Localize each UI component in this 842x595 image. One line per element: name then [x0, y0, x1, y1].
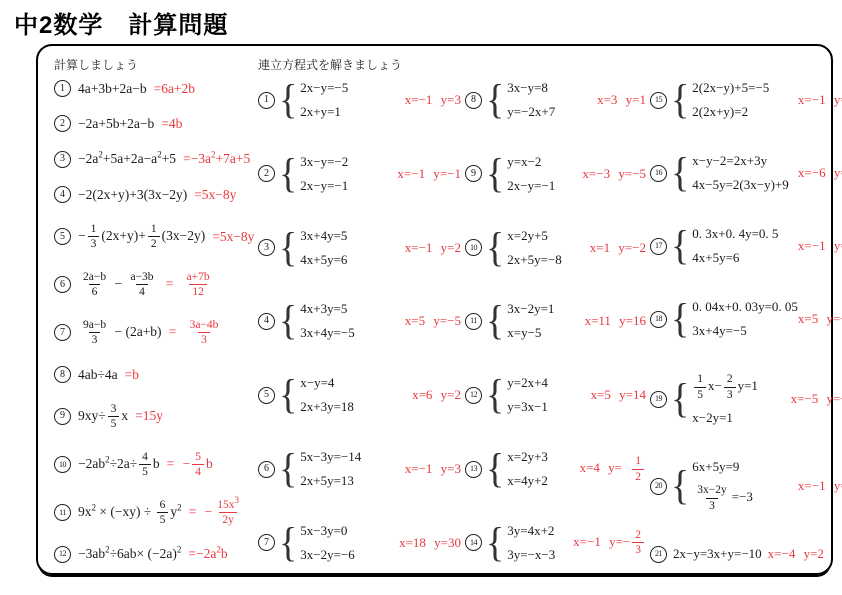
- system-problem: 6 { 5x−3y=−14 2x+5y=13 x=−1 y=3: [258, 449, 465, 489]
- simultaneous-columns: 1 { 2x−y=−5 2x+y=1 x=−1 y=3 2 { 3x−y=−2 …: [258, 80, 823, 563]
- equation-2: 2(2x+y)=2: [692, 104, 769, 120]
- system-problem: 7 { 5x−3y=0 3x−2y=−6 x=18 y=30: [258, 523, 465, 563]
- equation-1: 3y=4x+2: [507, 523, 555, 539]
- system-problem: 1 { 2x−y=−5 2x+y=1 x=−1 y=3: [258, 80, 465, 120]
- system-problem: 16 { x−y−2=2x+3y 4x−5y=2(3x−y)+9 x=−6 y=…: [650, 153, 842, 193]
- equation-pair: 0. 04x+0. 03y=0. 05 3x+4y=−5: [692, 299, 798, 339]
- expression: −3ab2÷6ab× (−2a)2: [78, 546, 181, 562]
- equation-pair: 3x+4y=5 4x+5y=6: [300, 228, 347, 268]
- simultaneous-section: 連立方程式を解きましょう 1 { 2x−y=−5 2x+y=1 x=−1 y=3…: [258, 56, 823, 563]
- problem-number: 9: [54, 408, 71, 425]
- problem-number: 20: [650, 478, 667, 495]
- inline-problem: 21 2x−y=3x+y=−10 x=−4 y=2: [650, 546, 842, 563]
- equation-pair: 3x−y=−2 2x−y=−1: [300, 154, 348, 194]
- equation-2: y=−2x+7: [507, 104, 555, 120]
- answer: x=3 y=1: [597, 92, 650, 108]
- expression: 4ab÷4a: [78, 367, 118, 383]
- answer: =4b: [161, 116, 182, 132]
- calc-problem: 2 −2a+5b+2a−b =4b: [54, 115, 266, 132]
- answer: = −15x32y: [189, 498, 244, 528]
- problem-number: 21: [650, 546, 667, 563]
- fraction: 3x−2y3: [694, 483, 730, 513]
- worksheet-border: 計算しましょう 1 4a+3b+2a−b =6a+2b 2 −2a+5b+2a−…: [36, 44, 833, 575]
- equation-1: 2(2x−y)+5=−5: [692, 80, 769, 96]
- answer: x=5 y=−5: [405, 313, 465, 329]
- expression: −2a+5b+2a−b: [78, 116, 154, 132]
- brace: {: [279, 153, 297, 194]
- equation-1: 5x−3y=−14: [300, 449, 361, 465]
- system-problem: 3 { 3x+4y=5 4x+5y=6 x=−1 y=2: [258, 228, 465, 268]
- fraction: 12: [148, 222, 160, 252]
- equation-2: 4x+5y=6: [300, 252, 347, 268]
- simultaneous-column-1: 1 { 2x−y=−5 2x+y=1 x=−1 y=3 2 { 3x−y=−2 …: [258, 80, 465, 563]
- equation-pair: 4x+3y=5 3x+4y=−5: [300, 301, 355, 341]
- answer: x=18 y=30: [399, 535, 465, 551]
- system-problem: 9 { y=x−2 2x−y=−1 x=−3 y=−5: [465, 154, 650, 194]
- fraction: 3a−4b3: [187, 318, 222, 348]
- calc-problem: 4 −2(2x+y)+3(3x−2y) =5x−8y: [54, 186, 266, 203]
- problem-number: 10: [465, 239, 482, 256]
- fraction: 15x32y: [214, 498, 242, 528]
- answer: = 3a−4b3: [169, 318, 224, 348]
- brace: {: [671, 79, 689, 120]
- problem-number: 15: [650, 92, 667, 109]
- fraction: 45: [139, 450, 151, 480]
- expression: 4a+3b+2a−b: [78, 81, 147, 97]
- problem-number: 10: [54, 456, 71, 473]
- system-problem: 14 { 3y=4x+2 3y=−x−3 x=−1 y=−23: [465, 523, 650, 563]
- equation-2: 2x+3y=18: [300, 399, 354, 415]
- equation-1: 0. 04x+0. 03y=0. 05: [692, 299, 798, 315]
- brace: {: [671, 465, 689, 506]
- answer: =−2a2b: [188, 546, 227, 562]
- simultaneous-column-3: 15 { 2(2x−y)+5=−5 2(2x+y)=2 x=−1 y=3 16 …: [650, 80, 842, 563]
- brace: {: [279, 301, 297, 342]
- equation-2: 4x−5y=2(3x−y)+9: [692, 177, 788, 193]
- equation-2: 3x+4y=−5: [692, 323, 798, 339]
- brace: {: [671, 379, 689, 420]
- equation-pair: x−y−2=2x+3y 4x−5y=2(3x−y)+9: [692, 153, 788, 193]
- calc-problem: 12 −3ab2÷6ab× (−2a)2 =−2a2b: [54, 546, 266, 563]
- brace: {: [671, 153, 689, 194]
- problem-number: 4: [54, 186, 71, 203]
- brace: {: [486, 449, 504, 490]
- problem-number: 6: [258, 461, 275, 478]
- system-problem: 19 { 15x−23y=1 x−2y=1 x=−5 y=−3: [650, 372, 842, 426]
- system-problem: 11 { 3x−2y=1 x=y−5 x=11 y=16: [465, 301, 650, 341]
- equation-pair: y=x−2 2x−y=−1: [507, 154, 555, 194]
- system-problem: 18 { 0. 04x+0. 03y=0. 05 3x+4y=−5 x=5 y=…: [650, 299, 842, 339]
- equation-pair: 2x−y=−5 2x+y=1: [300, 80, 348, 120]
- answer: x=−3 y=−5: [582, 166, 650, 182]
- answer: =5x−8y: [212, 229, 254, 245]
- problem-number: 6: [54, 276, 71, 293]
- equation-2: 2x+y=1: [300, 104, 348, 120]
- brace: {: [671, 226, 689, 267]
- system-problem: 12 { y=2x+4 y=3x−1 x=5 y=14: [465, 375, 650, 415]
- fraction: 35: [108, 402, 120, 432]
- fraction: 13: [88, 222, 100, 252]
- answer: x=−4 y=2: [768, 546, 824, 562]
- calc-problem: 6 2a−b6 − a−3b4 = a+7b12: [54, 270, 266, 300]
- equation-1: x−y−2=2x+3y: [692, 153, 788, 169]
- equation-2: x=y−5: [507, 325, 554, 341]
- answer: x=−5 y=−3: [791, 391, 842, 407]
- problem-number: 3: [54, 151, 71, 168]
- problem-number: 13: [465, 461, 482, 478]
- calc-problem-list: 1 4a+3b+2a−b =6a+2b 2 −2a+5b+2a−b =4b 3 …: [54, 80, 266, 563]
- problem-number: 8: [465, 92, 482, 109]
- expression: 9xy÷35x: [78, 402, 128, 432]
- equation-1: 3x−2y=1: [507, 301, 554, 317]
- equation-2: 3x−2y=−6: [300, 547, 355, 563]
- equation-2: 3x+4y=−5: [300, 325, 355, 341]
- problem-number: 7: [54, 324, 71, 341]
- answer: x=−1 y=2: [798, 238, 842, 254]
- answer: =15y: [135, 408, 163, 424]
- brace: {: [671, 299, 689, 340]
- brace: {: [279, 79, 297, 120]
- equation-1: 5x−3y=0: [300, 523, 355, 539]
- equation-pair: x=2y+3 x=4y+2: [507, 449, 548, 489]
- equation-1: 3x+4y=5: [300, 228, 347, 244]
- equation-2: 2x−y=−1: [300, 178, 348, 194]
- calc-problem: 3 −2a2+5a+2a−a2+5 =−3a2+7a+5: [54, 151, 266, 168]
- calc-problem: 8 4ab÷4a =b: [54, 366, 266, 383]
- brace: {: [279, 522, 297, 563]
- answer: x=−6 y=1: [798, 165, 842, 181]
- problem-number: 1: [54, 80, 71, 97]
- problem-number: 11: [54, 504, 71, 521]
- fraction: a+7b12: [184, 270, 213, 300]
- equation-1: 2x−y=−5: [300, 80, 348, 96]
- equation-pair: x−y=4 2x+3y=18: [300, 375, 354, 415]
- equation-pair: 5x−3y=0 3x−2y=−6: [300, 523, 355, 563]
- equation-1: 3x−y=8: [507, 80, 555, 96]
- equation-pair: 0. 3x+0. 4y=0. 5 4x+5y=6: [692, 226, 778, 266]
- problem-number: 5: [54, 228, 71, 245]
- calc-problem: 1 4a+3b+2a−b =6a+2b: [54, 80, 266, 97]
- calc-problem: 10 −2ab2÷2a÷45b = −54b: [54, 450, 266, 480]
- answer: =6a+2b: [154, 81, 195, 97]
- expression: −13(2x+y)+12(3x−2y): [78, 222, 205, 252]
- fraction: 23: [724, 372, 736, 402]
- system-problem: 15 { 2(2x−y)+5=−5 2(2x+y)=2 x=−1 y=3: [650, 80, 842, 120]
- equation-1: 3x−y=−2: [300, 154, 348, 170]
- system-problem: 4 { 4x+3y=5 3x+4y=−5 x=5 y=−5: [258, 301, 465, 341]
- calc-problem: 7 9a−b3 − (2a+b) = 3a−4b3: [54, 318, 266, 348]
- equation-2: x−2y=1: [692, 410, 758, 426]
- equation-2: 4x+5y=6: [692, 250, 778, 266]
- equation-2: 3y=−x−3: [507, 547, 555, 563]
- problem-number: 18: [650, 311, 667, 328]
- equation-2: y=3x−1: [507, 399, 548, 415]
- answer: x=−1 y=3: [405, 92, 465, 108]
- equation-pair: x=2y+5 2x+5y=−8: [507, 228, 562, 268]
- answer: =5x−8y: [194, 187, 236, 203]
- fraction: 2a−b6: [80, 270, 109, 300]
- simultaneous-section-header: 連立方程式を解きましょう: [258, 56, 823, 73]
- answer: x=1 y=−2: [590, 240, 650, 256]
- equation-pair: 5x−3y=−14 2x+5y=13: [300, 449, 361, 489]
- calc-section-header: 計算しましょう: [54, 56, 266, 73]
- answer: x=−1 y=−1: [397, 166, 465, 182]
- expression: 9x2 × (−xy) ÷ 65y2: [78, 498, 182, 528]
- problem-number: 2: [258, 165, 275, 182]
- equation-2: 2x−y=−1: [507, 178, 555, 194]
- expression: −2ab2÷2a÷45b: [78, 450, 160, 480]
- brace: {: [279, 449, 297, 490]
- answer: x=4 y= 12: [580, 454, 650, 484]
- equation-2: 3x−2y3=−3: [692, 483, 753, 513]
- equation-1: 6x+5y=9: [692, 459, 753, 475]
- expression: −2a2+5a+2a−a2+5: [78, 151, 176, 167]
- answer: =−3a2+7a+5: [183, 151, 250, 167]
- brace: {: [486, 227, 504, 268]
- brace: {: [279, 375, 297, 416]
- answer: x=11 y=16: [585, 313, 650, 329]
- problem-number: 19: [650, 391, 667, 408]
- problem-number: 8: [54, 366, 71, 383]
- brace: {: [486, 522, 504, 563]
- problem-number: 14: [465, 534, 482, 551]
- problem-number: 9: [465, 165, 482, 182]
- problem-number: 17: [650, 238, 667, 255]
- system-problem: 2 { 3x−y=−2 2x−y=−1 x=−1 y=−1: [258, 154, 465, 194]
- equation-pair: 2(2x−y)+5=−5 2(2x+y)=2: [692, 80, 769, 120]
- answer: = a+7b12: [166, 270, 215, 300]
- equation-pair: 3x−y=8 y=−2x+7: [507, 80, 555, 120]
- expression: 9a−b3 − (2a+b): [78, 318, 162, 348]
- calc-section: 計算しましょう 1 4a+3b+2a−b =6a+2b 2 −2a+5b+2a−…: [54, 56, 266, 563]
- system-problem: 13 { x=2y+3 x=4y+2 x=4 y= 12: [465, 449, 650, 489]
- equation-1: 4x+3y=5: [300, 301, 355, 317]
- equation-1: y=x−2: [507, 154, 555, 170]
- equation-pair: y=2x+4 y=3x−1: [507, 375, 548, 415]
- problem-number: 7: [258, 534, 275, 551]
- fraction: 54: [192, 450, 204, 480]
- system-problem: 10 { x=2y+5 2x+5y=−8 x=1 y=−2: [465, 228, 650, 268]
- fraction: 9a−b3: [80, 318, 109, 348]
- answer: x=5 y=−5: [798, 311, 842, 327]
- answer: = −54b: [167, 450, 213, 480]
- system-problem: 17 { 0. 3x+0. 4y=0. 5 4x+5y=6 x=−1 y=2: [650, 226, 842, 266]
- answer: x=5 y=14: [591, 387, 650, 403]
- calc-problem: 11 9x2 × (−xy) ÷ 65y2 = −15x32y: [54, 498, 266, 528]
- brace: {: [486, 153, 504, 194]
- system-problem: 20 { 6x+5y=9 3x−2y3=−3 x=−1 y=3: [650, 459, 842, 513]
- problem-number: 3: [258, 239, 275, 256]
- expression: 2x−y=3x+y=−10: [673, 546, 762, 562]
- fraction: 23: [632, 528, 644, 558]
- answer: x=−1 y=−23: [573, 528, 650, 558]
- problem-number: 5: [258, 387, 275, 404]
- expression: −2(2x+y)+3(3x−2y): [78, 187, 187, 203]
- system-problem: 5 { x−y=4 2x+3y=18 x=6 y=2: [258, 375, 465, 415]
- page-title: 中2数学 計算問題: [14, 5, 228, 40]
- equation-1: 0. 3x+0. 4y=0. 5: [692, 226, 778, 242]
- brace: {: [486, 301, 504, 342]
- equation-2: x=4y+2: [507, 473, 548, 489]
- answer: x=−1 y=3: [798, 92, 842, 108]
- problem-number: 4: [258, 313, 275, 330]
- fraction: a−3b4: [127, 270, 156, 300]
- fraction: 12: [632, 454, 644, 484]
- simultaneous-column-2: 8 { 3x−y=8 y=−2x+7 x=3 y=1 9 { y=x−2 2x−…: [465, 80, 650, 563]
- equation-pair: 6x+5y=9 3x−2y3=−3: [692, 459, 753, 513]
- answer: =b: [125, 367, 139, 383]
- equation-pair: 3x−2y=1 x=y−5: [507, 301, 554, 341]
- problem-number: 12: [54, 546, 71, 563]
- expression: 2a−b6 − a−3b4: [78, 270, 159, 300]
- answer: x=−1 y=2: [405, 240, 465, 256]
- fraction: 15: [694, 372, 706, 402]
- problem-number: 12: [465, 387, 482, 404]
- brace: {: [486, 375, 504, 416]
- fraction: 65: [157, 498, 169, 528]
- equation-2: 2x+5y=13: [300, 473, 361, 489]
- calc-problem: 9 9xy÷35x =15y: [54, 402, 266, 432]
- problem-number: 1: [258, 92, 275, 109]
- problem-number: 11: [465, 313, 482, 330]
- brace: {: [486, 79, 504, 120]
- equation-1: x−y=4: [300, 375, 354, 391]
- answer: x=−1 y=3: [798, 478, 842, 494]
- problem-number: 16: [650, 165, 667, 182]
- equation-2: 2x+5y=−8: [507, 252, 562, 268]
- equation-1: 15x−23y=1: [692, 372, 758, 402]
- equation-pair: 15x−23y=1 x−2y=1: [692, 372, 758, 426]
- answer: x=−1 y=3: [405, 461, 465, 477]
- equation-1: x=2y+3: [507, 449, 548, 465]
- equation-pair: 3y=4x+2 3y=−x−3: [507, 523, 555, 563]
- equation-1: x=2y+5: [507, 228, 562, 244]
- answer: x=6 y=2: [412, 387, 465, 403]
- calc-problem: 5 −13(2x+y)+12(3x−2y) =5x−8y: [54, 222, 266, 252]
- equation-1: y=2x+4: [507, 375, 548, 391]
- system-problem: 8 { 3x−y=8 y=−2x+7 x=3 y=1: [465, 80, 650, 120]
- problem-number: 2: [54, 115, 71, 132]
- brace: {: [279, 227, 297, 268]
